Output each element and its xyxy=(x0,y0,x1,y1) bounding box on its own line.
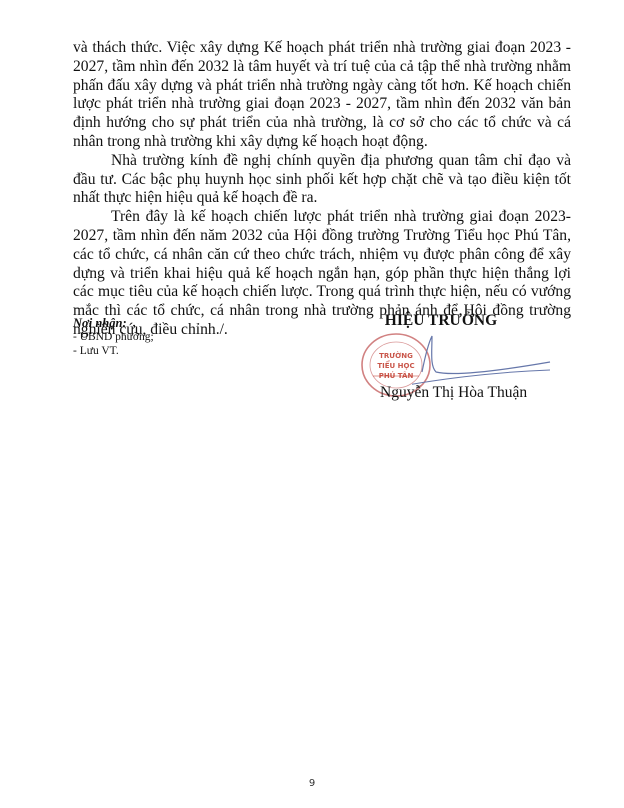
handwritten-signature-icon xyxy=(412,332,552,392)
recipient-item: - UBND phường; xyxy=(73,330,154,344)
recipients-title: Nơi nhận: xyxy=(73,316,154,330)
signature-block: HIỆU TRƯỞNG TRƯỜNG TIỂU HỌC PHÚ TÂN Nguy… xyxy=(352,312,552,407)
signer-role: HIỆU TRƯỞNG xyxy=(352,312,530,330)
svg-text:TIỂU HỌC: TIỂU HỌC xyxy=(377,360,414,370)
document-page: và thách thức. Việc xây dựng Kế hoạch ph… xyxy=(0,0,624,808)
paragraph-1: và thách thức. Việc xây dựng Kế hoạch ph… xyxy=(73,39,571,152)
body-text: và thách thức. Việc xây dựng Kế hoạch ph… xyxy=(73,39,571,340)
svg-text:PHÚ TÂN: PHÚ TÂN xyxy=(379,371,414,380)
page-number: 9 xyxy=(0,778,624,789)
svg-text:TRƯỜNG: TRƯỜNG xyxy=(379,351,413,360)
signer-name: Nguyễn Thị Hòa Thuận xyxy=(380,384,527,402)
paragraph-2: Nhà trường kính đề nghị chính quyền địa … xyxy=(73,152,571,208)
recipient-item: - Lưu VT. xyxy=(73,344,154,358)
recipients-block: Nơi nhận: - UBND phường; - Lưu VT. xyxy=(73,316,154,358)
